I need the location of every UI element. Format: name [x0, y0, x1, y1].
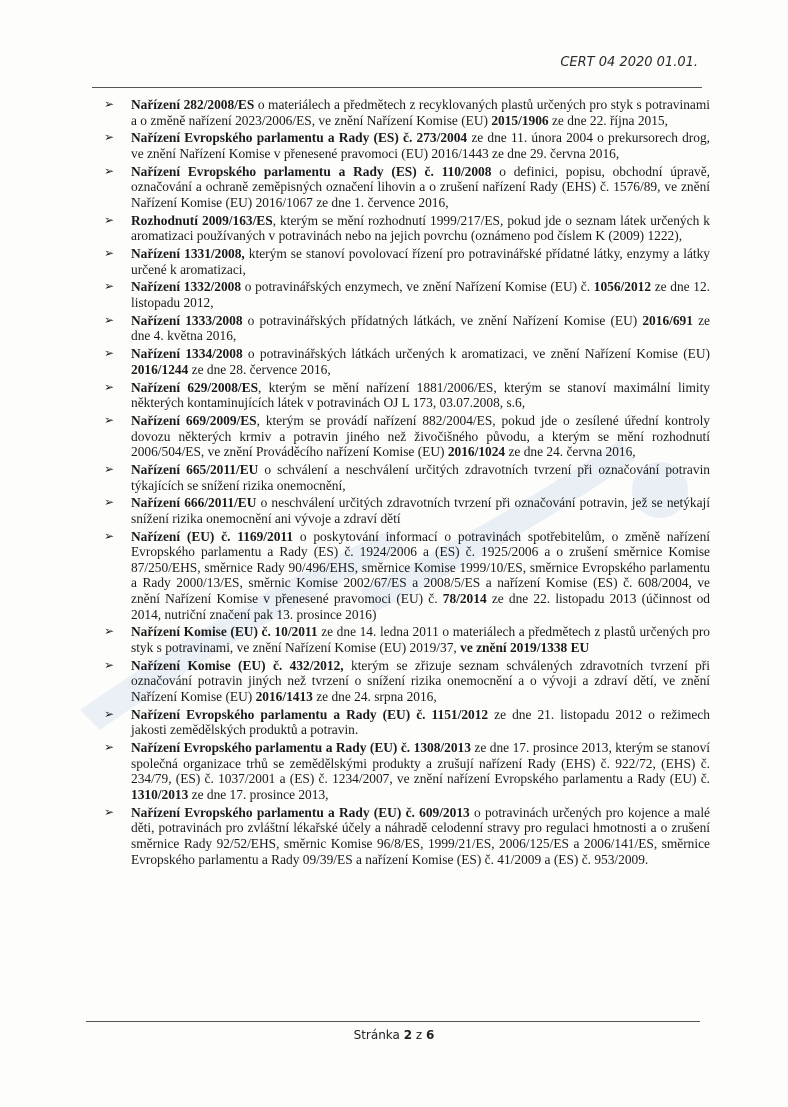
item-text: o potravinářských přídatných látkách, ve…: [243, 313, 643, 328]
document-code: CERT 04 2020 01.01.: [560, 55, 698, 70]
arrow-bullet-icon: ➢: [104, 658, 114, 674]
regulation-reference: 2016/1413: [256, 689, 313, 704]
regulation-reference: 1056/2012: [594, 279, 651, 294]
list-item: ➢Nařízení (EU) č. 1169/2011 o poskytován…: [98, 529, 710, 623]
list-item: ➢Nařízení 665/2011/EU o schválení a nesc…: [98, 462, 710, 493]
regulation-list: ➢Nařízení 282/2008/ES o materiálech a př…: [98, 97, 710, 869]
list-item: ➢Nařízení Evropského parlamentu a Rady (…: [98, 740, 710, 802]
item-text: ze dne 17. prosince 2013,: [188, 787, 328, 802]
arrow-bullet-icon: ➢: [104, 97, 114, 113]
arrow-bullet-icon: ➢: [104, 413, 114, 429]
regulation-reference: ve znění 2019/1338 EU: [460, 640, 589, 655]
regulation-reference: Nařízení Evropského parlamentu a Rady (E…: [131, 740, 471, 755]
regulation-reference: 2016/691: [642, 313, 693, 328]
arrow-bullet-icon: ➢: [104, 246, 114, 262]
regulation-reference: 2015/1906: [491, 113, 548, 128]
arrow-bullet-icon: ➢: [104, 495, 114, 511]
page-total: 6: [426, 1028, 434, 1042]
header-rule: [92, 87, 702, 88]
list-item: ➢Nařízení 669/2009/ES, kterým se provádí…: [98, 413, 710, 460]
regulation-reference: Nařízení 1332/2008: [131, 279, 241, 294]
footer-rule: [86, 1021, 700, 1022]
arrow-bullet-icon: ➢: [104, 279, 114, 295]
regulation-reference: Nařízení 1331/2008,: [131, 246, 245, 261]
regulation-reference: Nařízení Evropského parlamentu a Rady (E…: [131, 707, 488, 722]
arrow-bullet-icon: ➢: [104, 624, 114, 640]
list-item: ➢Nařízení Evropského parlamentu a Rady (…: [98, 707, 710, 738]
regulation-reference: Nařízení 282/2008/ES: [131, 97, 254, 112]
arrow-bullet-icon: ➢: [104, 529, 114, 545]
list-item: ➢Nařízení Evropského parlamentu a Rady (…: [98, 164, 710, 211]
arrow-bullet-icon: ➢: [104, 313, 114, 329]
regulation-reference: Nařízení (EU) č. 1169/2011: [131, 529, 293, 544]
list-item: ➢Nařízení 666/2011/EU o neschválení urči…: [98, 495, 710, 526]
item-text: ze dne 24. srpna 2016,: [313, 689, 437, 704]
arrow-bullet-icon: ➢: [104, 707, 114, 723]
list-item: ➢Nařízení 1332/2008 o potravinářských en…: [98, 279, 710, 310]
list-item: ➢Nařízení 282/2008/ES o materiálech a př…: [98, 97, 710, 128]
item-text: o potravinářských enzymech, ve znění Nař…: [241, 279, 594, 294]
page-number: 2: [404, 1028, 412, 1042]
page-of: z: [416, 1028, 422, 1042]
list-item: ➢Nařízení Komise (EU) č. 10/2011 ze dne …: [98, 624, 710, 655]
list-item: ➢Rozhodnutí 2009/163/ES, kterým se mění …: [98, 213, 710, 244]
regulation-reference: Nařízení 1333/2008: [131, 313, 243, 328]
item-text: ze dne 22. října 2015,: [549, 113, 668, 128]
arrow-bullet-icon: ➢: [104, 213, 114, 229]
item-text: o potravinářských látkách určených k aro…: [243, 346, 710, 361]
item-text: ze dne 24. června 2016,: [505, 444, 636, 459]
regulation-reference: Nařízení Evropského parlamentu a Rady (E…: [131, 130, 467, 145]
list-item: ➢Nařízení Komise (EU) č. 432/2012, který…: [98, 658, 710, 705]
regulation-reference: Nařízení 665/2011/EU: [131, 462, 258, 477]
list-item: ➢Nařízení 1333/2008 o potravinářských př…: [98, 313, 710, 344]
regulation-reference: Nařízení 669/2009/ES: [131, 413, 257, 428]
regulation-reference: Rozhodnutí 2009/163/ES: [131, 213, 273, 228]
arrow-bullet-icon: ➢: [104, 740, 114, 756]
list-item: ➢Nařízení 1331/2008, kterým se stanoví p…: [98, 246, 710, 277]
regulation-reference: 78/2014: [443, 591, 487, 606]
regulation-reference: Nařízení 629/2008/ES: [131, 380, 258, 395]
regulation-reference: 2016/1024: [448, 444, 505, 459]
regulation-reference: Nařízení Evropského parlamentu a Rady (E…: [131, 805, 470, 820]
arrow-bullet-icon: ➢: [104, 805, 114, 821]
arrow-bullet-icon: ➢: [104, 346, 114, 362]
regulation-reference: Nařízení 1334/2008: [131, 346, 243, 361]
list-item: ➢Nařízení 629/2008/ES, kterým se mění na…: [98, 380, 710, 411]
list-item: ➢Nařízení Evropského parlamentu a Rady (…: [98, 805, 710, 867]
item-text: ze dne 28. července 2016,: [188, 362, 330, 377]
regulation-reference: Nařízení Evropského parlamentu a Rady (E…: [131, 164, 491, 179]
page-footer: Stránka 2 z 6: [0, 1028, 788, 1042]
regulation-reference: 1310/2013: [131, 787, 188, 802]
regulation-reference: Nařízení Komise (EU) č. 432/2012,: [131, 658, 344, 673]
page-label: Stránka: [354, 1028, 400, 1042]
arrow-bullet-icon: ➢: [104, 380, 114, 396]
regulation-reference: Nařízení Komise (EU) č. 10/2011: [131, 624, 318, 639]
regulation-reference: Nařízení 666/2011/EU: [131, 495, 256, 510]
arrow-bullet-icon: ➢: [104, 462, 114, 478]
regulation-reference: 2016/1244: [131, 362, 188, 377]
arrow-bullet-icon: ➢: [104, 164, 114, 180]
arrow-bullet-icon: ➢: [104, 130, 114, 146]
list-item: ➢Nařízení Evropského parlamentu a Rady (…: [98, 130, 710, 161]
list-item: ➢Nařízení 1334/2008 o potravinářských lá…: [98, 346, 710, 377]
